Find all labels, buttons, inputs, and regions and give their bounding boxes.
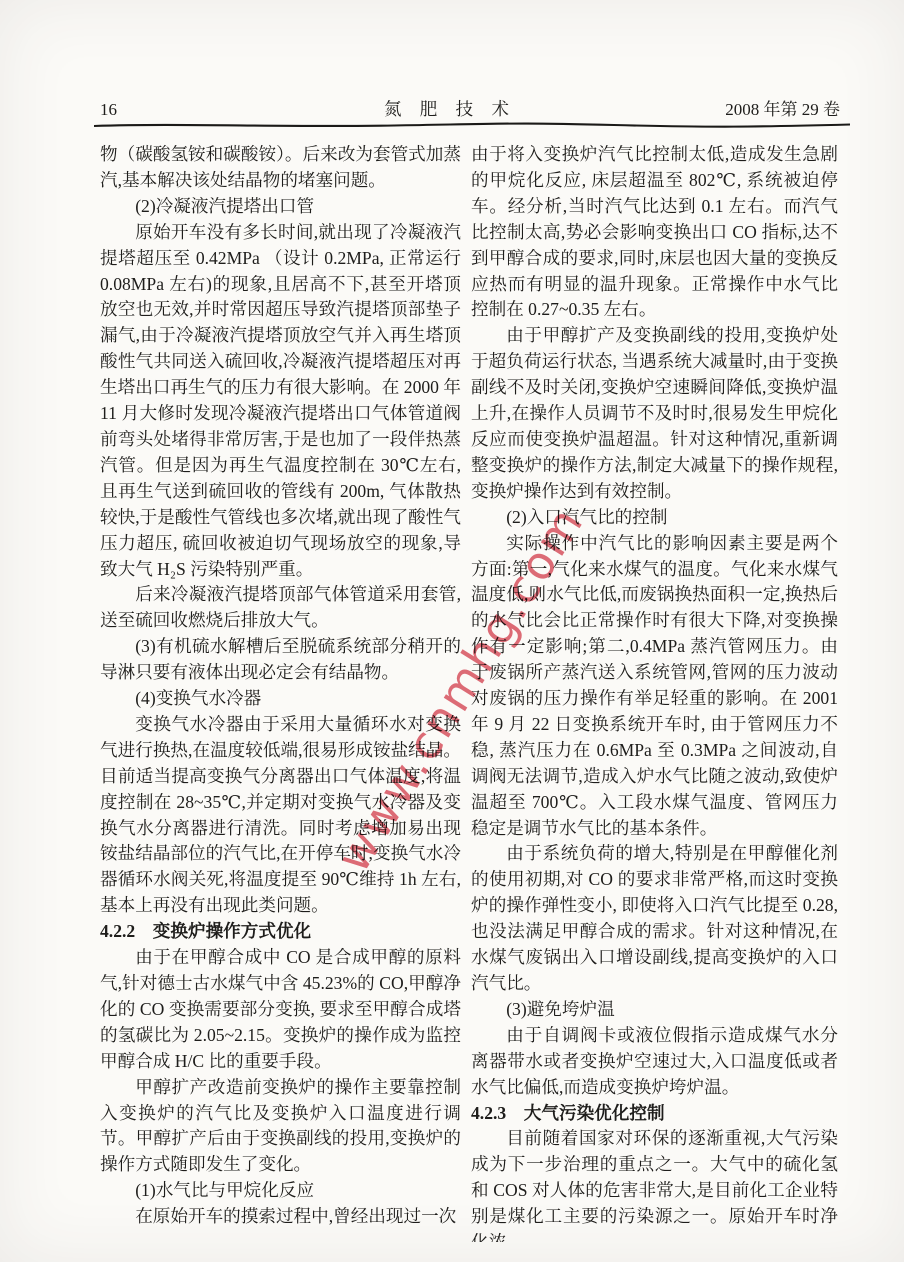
paragraph: 由于将入变换炉汽气比控制太低,造成发生急剧的甲烷化反应, 床层超温至 802℃,… (471, 142, 838, 323)
document-page: 16 氮 肥 技 术 2008 年第 29 卷 物（碳酸氢铵和碳酸铵）。后来改为… (0, 0, 904, 1262)
journal-title: 氮 肥 技 术 (220, 96, 680, 121)
section-heading: 4.2.3 大气污染优化控制 (471, 1101, 838, 1127)
list-item-heading: (2)入口汽气比的控制 (471, 505, 838, 531)
paragraph: 由于系统负荷的增大,特别是在甲醇催化剂的使用初期,对 CO 的要求非常严格,而这… (471, 841, 838, 996)
section-heading: 4.2.2 变换炉操作方式优化 (100, 919, 461, 945)
paragraph: 后来冷凝液汽提塔顶部气体管道采用套管,送至硫回收燃烧后排放大气。 (100, 582, 461, 634)
paragraph: 物（碳酸氢铵和碳酸铵）。后来改为套管式加蒸汽,基本解决该处结晶物的堵塞问题。 (100, 142, 461, 194)
left-column: 物（碳酸氢铵和碳酸铵）。后来改为套管式加蒸汽,基本解决该处结晶物的堵塞问题。 (… (100, 142, 461, 1242)
list-item-heading: (3)避免垮炉温 (471, 997, 838, 1023)
list-item-heading: (2)冷凝液汽提塔出口管 (100, 194, 461, 220)
volume-info: 2008 年第 29 卷 (680, 95, 840, 120)
paragraph: 甲醇扩产改造前变换炉的操作主要靠控制入变换炉的汽气比及变换炉入口温度进行调节。甲… (100, 1075, 461, 1179)
paragraph: 由于在甲醇合成中 CO 是合成甲醇的原料气,针对德士古水煤气中含 45.23%的… (100, 945, 461, 1075)
header-rule (94, 121, 850, 129)
page-number: 16 (100, 100, 220, 120)
page-header: 16 氮 肥 技 术 2008 年第 29 卷 (100, 95, 840, 121)
paragraph: 目前随着国家对环保的逐渐重视,大气污染成为下一步治理的重点之一。大气中的硫化氢和… (471, 1126, 838, 1242)
list-item-heading: (4)变换气水冷器 (100, 686, 461, 712)
paragraph: 变换气水冷器由于采用大量循环水对变换气进行换热,在温度较低端,很易形成铵盐结晶。… (100, 712, 461, 919)
paragraph: 由于自调阀卡或液位假指示造成煤气水分离器带水或者变换炉空速过大,入口温度低或者水… (471, 1023, 838, 1101)
paragraph: 原始开车没有多长时间,就出现了冷凝液汽提塔超压至 0.42MPa （设计 0.2… (100, 220, 461, 583)
two-column-body: 物（碳酸氢铵和碳酸铵）。后来改为套管式加蒸汽,基本解决该处结晶物的堵塞问题。 (… (100, 142, 838, 1242)
paragraph: 由于甲醇扩产及变换副线的投用,变换炉处于超负荷运行状态, 当遇系统大减量时,由于… (471, 323, 838, 504)
list-item-heading: (1)水气比与甲烷化反应 (100, 1178, 461, 1204)
paragraph: 在原始开车的摸索过程中,曾经出现过一次 (100, 1204, 461, 1230)
right-column: 由于将入变换炉汽气比控制太低,造成发生急剧的甲烷化反应, 床层超温至 802℃,… (471, 142, 838, 1242)
paragraph: (3)有机硫水解槽后至脱硫系统部分稍开的导淋只要有液体出现必定会有结晶物。 (100, 634, 461, 686)
paragraph: 实际操作中汽气比的影响因素主要是两个方面:第一,气化来水煤气的温度。气化来水煤气… (471, 531, 838, 842)
